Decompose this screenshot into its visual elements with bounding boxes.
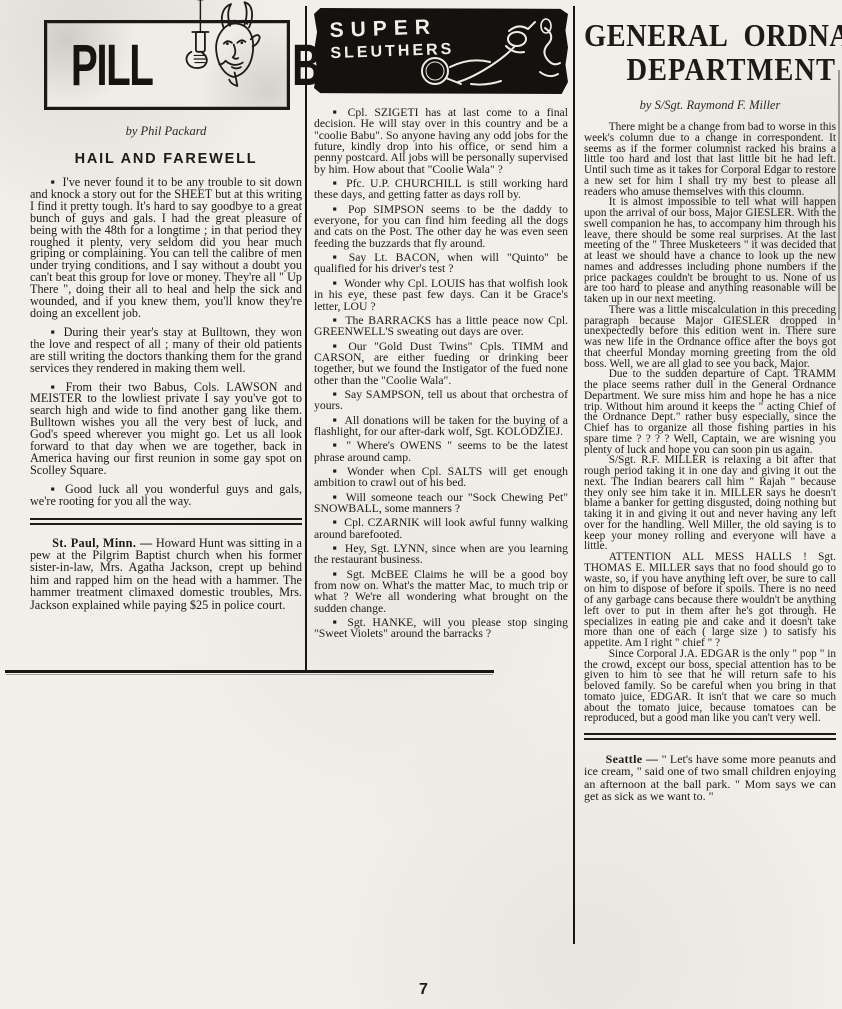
- pillbox-title-left: PILL: [71, 23, 153, 107]
- ordnance-title: GENERAL ORDNANCE DEPARTMENT: [584, 18, 836, 86]
- sleuths-item-8: Say SAMPSON, tell us about that orchestr…: [314, 389, 568, 412]
- ordnance-paragraph-1: There might be a change from bad to wors…: [584, 122, 836, 197]
- ordnance-paragraph-5: S/Sgt. R.F. MILLER is relaxing a bit aft…: [584, 455, 836, 552]
- detective-magnifier-cobra-icon: [414, 14, 564, 92]
- ordnance-column: GENERAL ORDNANCE DEPARTMENT by S/Sgt. Ra…: [584, 14, 836, 803]
- sleuths-item-16: Sgt. HANKE, will you please stop singing…: [314, 617, 568, 640]
- sleuths-item-6: The BARRACKS has a little peace now Cpl.…: [314, 315, 568, 338]
- super-sleuthers-column: SUPER SLEUTHERS Cpl. SZIGETI has at last…: [314, 8, 568, 643]
- sleuths-item-7: Our "Gold Dust Twins" Cpls. TIMM and CAR…: [314, 341, 568, 386]
- column-divider-left: [305, 6, 307, 672]
- ordnance-paragraph-3: There was a little miscalculation in thi…: [584, 305, 836, 370]
- ordnance-title-line1: GENERAL ORDNANCE: [584, 18, 836, 56]
- scan-edge-artifact: [838, 70, 840, 320]
- pillbox-paragraph-3: From their two Babus, Cols. LAWSON and M…: [30, 382, 302, 477]
- sleuths-item-12: Will someone teach our "Sock Chewing Pet…: [314, 492, 568, 515]
- sleuths-item-10: " Where's OWENS " seems to be the latest…: [314, 440, 568, 463]
- ordnance-paragraph-2: It is almost impossible to tell what wil…: [584, 197, 836, 305]
- sleuths-item-13: Cpl. CZARNIK will look awful funny walki…: [314, 517, 568, 540]
- pillbox-paragraph-4: Good luck all you wonderful guys and gal…: [30, 484, 302, 508]
- sleuths-item-11: Wonder when Cpl. SALTS will get enough a…: [314, 466, 568, 489]
- section-divider: [30, 518, 302, 525]
- ordnance-title-line2: DEPARTMENT: [584, 52, 836, 90]
- sleuths-item-list: Cpl. SZIGETI has at last come to a final…: [314, 107, 568, 640]
- pillbox-masthead: PILL BOX: [44, 20, 290, 110]
- sleuths-item-1: Cpl. SZIGETI has at last come to a final…: [314, 107, 568, 175]
- sleuths-item-3: Pop SIMPSON seems to be the daddy to eve…: [314, 204, 568, 249]
- seattle-filler-item: Seattle — " Let's have some more peanuts…: [584, 753, 836, 803]
- ordnance-byline: by S/Sgt. Raymond F. Miller: [584, 98, 836, 113]
- super-sleuthers-masthead: SUPER SLEUTHERS: [314, 8, 568, 94]
- sleuths-item-15: Sgt. McBEE Claims he will be a good boy …: [314, 569, 568, 614]
- section-divider: [584, 733, 836, 740]
- column-divider-right: [573, 6, 575, 944]
- pillbox-paragraph-1: I've never found it to be any trouble to…: [30, 177, 302, 320]
- pillbox-heading: HAIL AND FAREWELL: [30, 151, 302, 167]
- pillbox-column: PILL BOX: [30, 18, 302, 611]
- bottom-rule: [5, 670, 494, 673]
- sleuths-item-14: Hey, Sgt. LYNN, since when are you learn…: [314, 543, 568, 566]
- st-paul-filler-item: St. Paul, Minn. — Howard Hunt was sittin…: [30, 537, 302, 611]
- ordnance-paragraph-4: Due to the sudden departure of Capt. TRA…: [584, 369, 836, 455]
- sleuths-item-2: Pfc. U.P. CHURCHILL is still working har…: [314, 178, 568, 201]
- devil-with-syringe-icon: [168, 0, 276, 106]
- pillbox-paragraph-2: During their year's stay at Bulltown, th…: [30, 327, 302, 375]
- sleuths-item-4: Say Lt. BACON, when will "Quinto" be qua…: [314, 252, 568, 275]
- pillbox-byline: by Phil Packard: [30, 124, 302, 139]
- newspaper-page: PILL BOX: [0, 0, 842, 1009]
- page-number: 7: [419, 981, 428, 999]
- ordnance-body: There might be a change from bad to wors…: [584, 122, 836, 724]
- sleuths-item-9: All donations will be taken for the buyi…: [314, 415, 568, 438]
- sleuths-item-5: Wonder why Cpl. LOUIS has that wolfish l…: [314, 278, 568, 312]
- ordnance-paragraph-6: ATTENTION ALL MESS HALLS ! Sgt. THOMAS E…: [584, 552, 836, 649]
- ordnance-paragraph-7: Since Corporal J.A. EDGAR is the only " …: [584, 649, 836, 724]
